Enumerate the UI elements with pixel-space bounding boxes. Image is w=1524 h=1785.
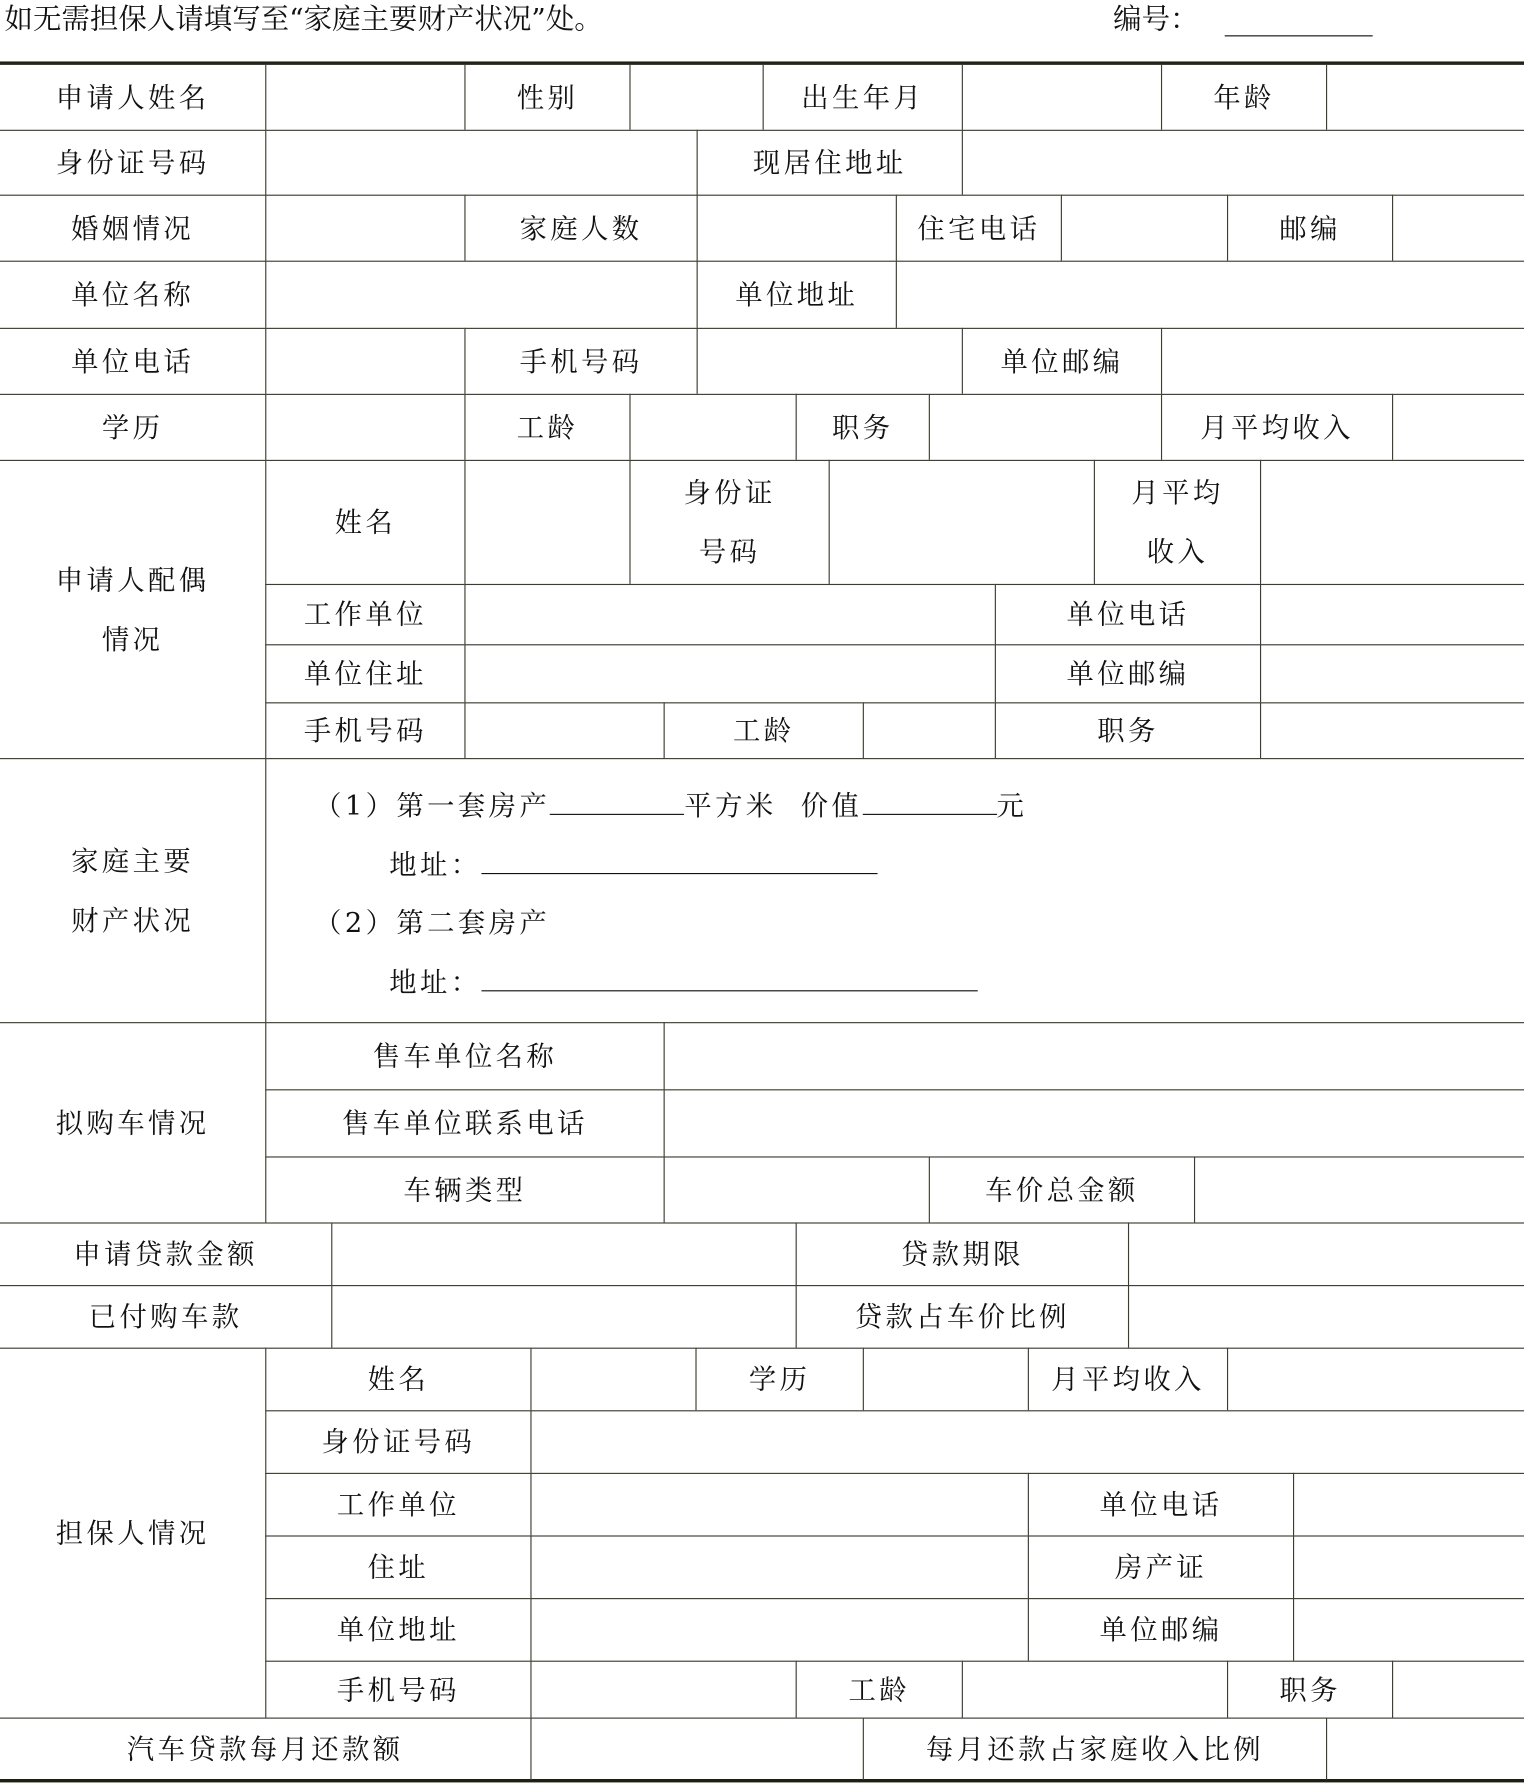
loan-term-label: 贷款期限 [796,1222,1128,1285]
applicant-home-phone-field[interactable] [1061,195,1227,261]
guarantor-income-field[interactable] [1227,1348,1524,1411]
spouse-work-postcode-label: 单位邮编 [995,644,1260,702]
guarantor-position-field[interactable] [1392,1661,1524,1718]
guarantor-employer-label: 工作单位 [265,1473,530,1536]
form-number-field[interactable] [1225,35,1373,36]
dealer-phone-label: 售车单位联系电话 [265,1089,663,1156]
applicant-work-phone-field[interactable] [265,328,464,394]
applicant-family-size-field[interactable] [697,195,896,261]
guarantor-employer-field[interactable] [530,1473,1027,1536]
spouse-employer-field[interactable] [464,584,994,644]
total-price-field[interactable] [1194,1156,1524,1222]
applicant-gender-field[interactable] [629,64,762,130]
applicant-gender-label: 性别 [464,64,629,130]
spouse-seniority-label: 工龄 [664,702,863,758]
applicant-income-label: 月平均收入 [1161,394,1392,460]
applicant-employer-label: 单位名称 [0,261,265,328]
property-2-address: 地址： [389,960,977,1000]
spouse-position-label: 职务 [995,702,1260,758]
property-section-label: 家庭主要 财产状况 [0,758,265,1022]
applicant-postcode-label: 邮编 [1227,195,1392,261]
loan-amount-field[interactable] [331,1222,795,1285]
guarantor-work-postcode-label: 单位邮编 [1028,1598,1293,1661]
spouse-section-label-line2: 情况 [102,610,163,669]
property-2-address-field[interactable] [481,965,977,991]
applicant-work-phone-label: 单位电话 [0,328,265,394]
spouse-id-label-line2: 号码 [699,522,760,581]
applicant-marital-field[interactable] [265,195,464,261]
applicant-position-field[interactable] [929,394,1161,460]
spouse-work-address-field[interactable] [464,644,994,702]
property-1-area-field[interactable] [550,789,684,815]
applicant-home-phone-label: 住宅电话 [896,195,1061,261]
applicant-marital-label: 婚姻情况 [0,195,265,261]
applicant-employer-address-field[interactable] [896,261,1524,328]
property-section-label-line1: 家庭主要 [71,831,194,890]
applicant-mobile-label: 手机号码 [464,328,696,394]
property-item-2: （2）第二套房产 [314,900,550,940]
spouse-id-label: 身份证 号码 [629,460,828,584]
applicant-seniority-label: 工龄 [464,394,629,460]
guarantor-education-field[interactable] [863,1348,1028,1411]
guarantor-mobile-field[interactable] [530,1661,795,1718]
spouse-section-label: 申请人配偶 情况 [0,460,265,758]
instruction-note: 如无需担保人请填写至“家庭主要财产状况”处。 [5,0,603,39]
monthly-payment-field[interactable] [530,1718,862,1781]
applicant-mobile-field[interactable] [697,328,962,394]
guarantor-seniority-field[interactable] [962,1661,1227,1718]
property-item-1-prefix: （1） [314,790,396,822]
applicant-seniority-field[interactable] [629,394,795,460]
guarantor-work-address-field[interactable] [530,1598,1027,1661]
guarantor-income-label: 月平均收入 [1028,1348,1227,1411]
guarantor-work-phone-field[interactable] [1293,1473,1524,1536]
spouse-name-field[interactable] [464,460,629,584]
property-section-label-line2: 财产状况 [71,891,194,950]
value-unit-label: 元 [997,790,1028,822]
applicant-id-label: 身份证号码 [0,130,265,195]
property-1-address-field[interactable] [481,848,877,874]
applicant-family-size-label: 家庭人数 [464,195,696,261]
spouse-employer-label: 工作单位 [265,584,464,644]
applicant-name-label: 申请人姓名 [0,64,265,130]
spouse-income-label-line1: 月平均 [1131,463,1223,522]
guarantor-id-field[interactable] [530,1410,1524,1473]
spouse-section-label-line1: 申请人配偶 [56,550,210,609]
spouse-work-address-label: 单位住址 [265,644,464,702]
applicant-employer-field[interactable] [265,261,696,328]
spouse-income-field[interactable] [1260,460,1524,584]
spouse-mobile-field[interactable] [464,702,663,758]
applicant-address-field[interactable] [962,130,1524,195]
applicant-position-label: 职务 [796,394,929,460]
guarantor-work-postcode-field[interactable] [1293,1598,1524,1661]
guarantor-property-cert-field[interactable] [1293,1535,1524,1598]
loan-amount-label: 申请贷款金额 [0,1222,331,1285]
payment-ratio-field[interactable] [1326,1718,1524,1781]
property-item-1: （1）第一套房产平方米 价值元 [314,783,1027,823]
monthly-payment-label: 汽车贷款每月还款额 [0,1718,530,1781]
applicant-name-field[interactable] [265,64,464,130]
dealer-name-field[interactable] [664,1022,1524,1089]
guarantor-education-label: 学历 [695,1348,862,1411]
spouse-id-label-line1: 身份证 [683,463,775,522]
guarantor-mobile-label: 手机号码 [265,1661,530,1718]
paid-amount-label: 已付购车款 [0,1285,331,1348]
property-item-2-label: 第二套房产 [396,907,550,939]
applicant-birth-label: 出生年月 [763,64,962,130]
loan-ratio-field[interactable] [1128,1285,1524,1348]
payment-ratio-label: 每月还款占家庭收入比例 [863,1718,1326,1781]
guarantor-work-address-label: 单位地址 [265,1598,530,1661]
spouse-seniority-field[interactable] [863,702,995,758]
guarantor-name-field[interactable] [530,1348,695,1411]
guarantor-position-label: 职务 [1227,1661,1392,1718]
loan-ratio-label: 贷款占车价比例 [796,1285,1128,1348]
applicant-education-field[interactable] [265,394,464,460]
area-unit-label: 平方米 [684,790,776,822]
guarantor-address-field[interactable] [530,1535,1027,1598]
guarantor-address-label: 住址 [265,1535,530,1598]
spouse-name-label: 姓名 [265,460,464,584]
applicant-work-postcode-label: 单位邮编 [962,328,1161,394]
applicant-address-label: 现居住地址 [697,130,962,195]
applicant-employer-address-label: 单位地址 [697,261,896,328]
spouse-work-phone-label: 单位电话 [995,584,1260,644]
guarantor-name-label: 姓名 [265,1348,530,1411]
spouse-work-phone-field[interactable] [1260,584,1524,644]
paid-amount-field[interactable] [331,1285,795,1348]
guarantor-section-label: 担保人情况 [0,1348,265,1718]
applicant-postcode-field[interactable] [1392,195,1524,261]
spouse-mobile-label: 手机号码 [265,702,464,758]
property-2-address-label: 地址： [389,966,481,998]
guarantor-id-label: 身份证号码 [265,1410,530,1473]
dealer-phone-field[interactable] [664,1089,1524,1156]
spouse-position-field[interactable] [1260,702,1524,758]
form-number-label: 编号： [1113,0,1198,39]
vehicle-type-field[interactable] [664,1156,929,1222]
total-price-label: 车价总金额 [929,1156,1194,1222]
applicant-id-field[interactable] [265,130,696,195]
applicant-birth-field[interactable] [962,64,1161,130]
property-item-2-prefix: （2） [314,907,396,939]
applicant-education-label: 学历 [0,394,265,460]
applicant-age-label: 年龄 [1161,64,1326,130]
loan-application-form: 如无需担保人请填写至“家庭主要财产状况”处。 编号： 申请人姓名 性别 出生年月… [0,0,1524,1785]
guarantor-property-cert-label: 房产证 [1028,1535,1293,1598]
property-1-address: 地址： [389,842,877,882]
property-1-address-label: 地址： [389,849,481,881]
guarantor-seniority-label: 工龄 [796,1661,962,1718]
guarantor-work-phone-label: 单位电话 [1028,1473,1293,1536]
car-section-label: 拟购车情况 [0,1022,265,1222]
applicant-income-field[interactable] [1392,394,1524,460]
loan-term-field[interactable] [1128,1222,1524,1285]
spouse-work-postcode-field[interactable] [1260,644,1524,702]
applicant-work-postcode-field[interactable] [1161,328,1524,394]
spouse-income-label: 月平均 收入 [1094,460,1260,584]
spouse-id-field[interactable] [829,460,1094,584]
property-item-1-label: 第一套房产 [396,790,550,822]
vehicle-type-label: 车辆类型 [265,1156,663,1222]
property-1-value-field[interactable] [862,789,996,815]
spouse-income-label-line2: 收入 [1147,522,1208,581]
dealer-name-label: 售车单位名称 [265,1022,663,1089]
property-value-label: 价值 [801,790,862,822]
applicant-age-field[interactable] [1326,64,1524,130]
